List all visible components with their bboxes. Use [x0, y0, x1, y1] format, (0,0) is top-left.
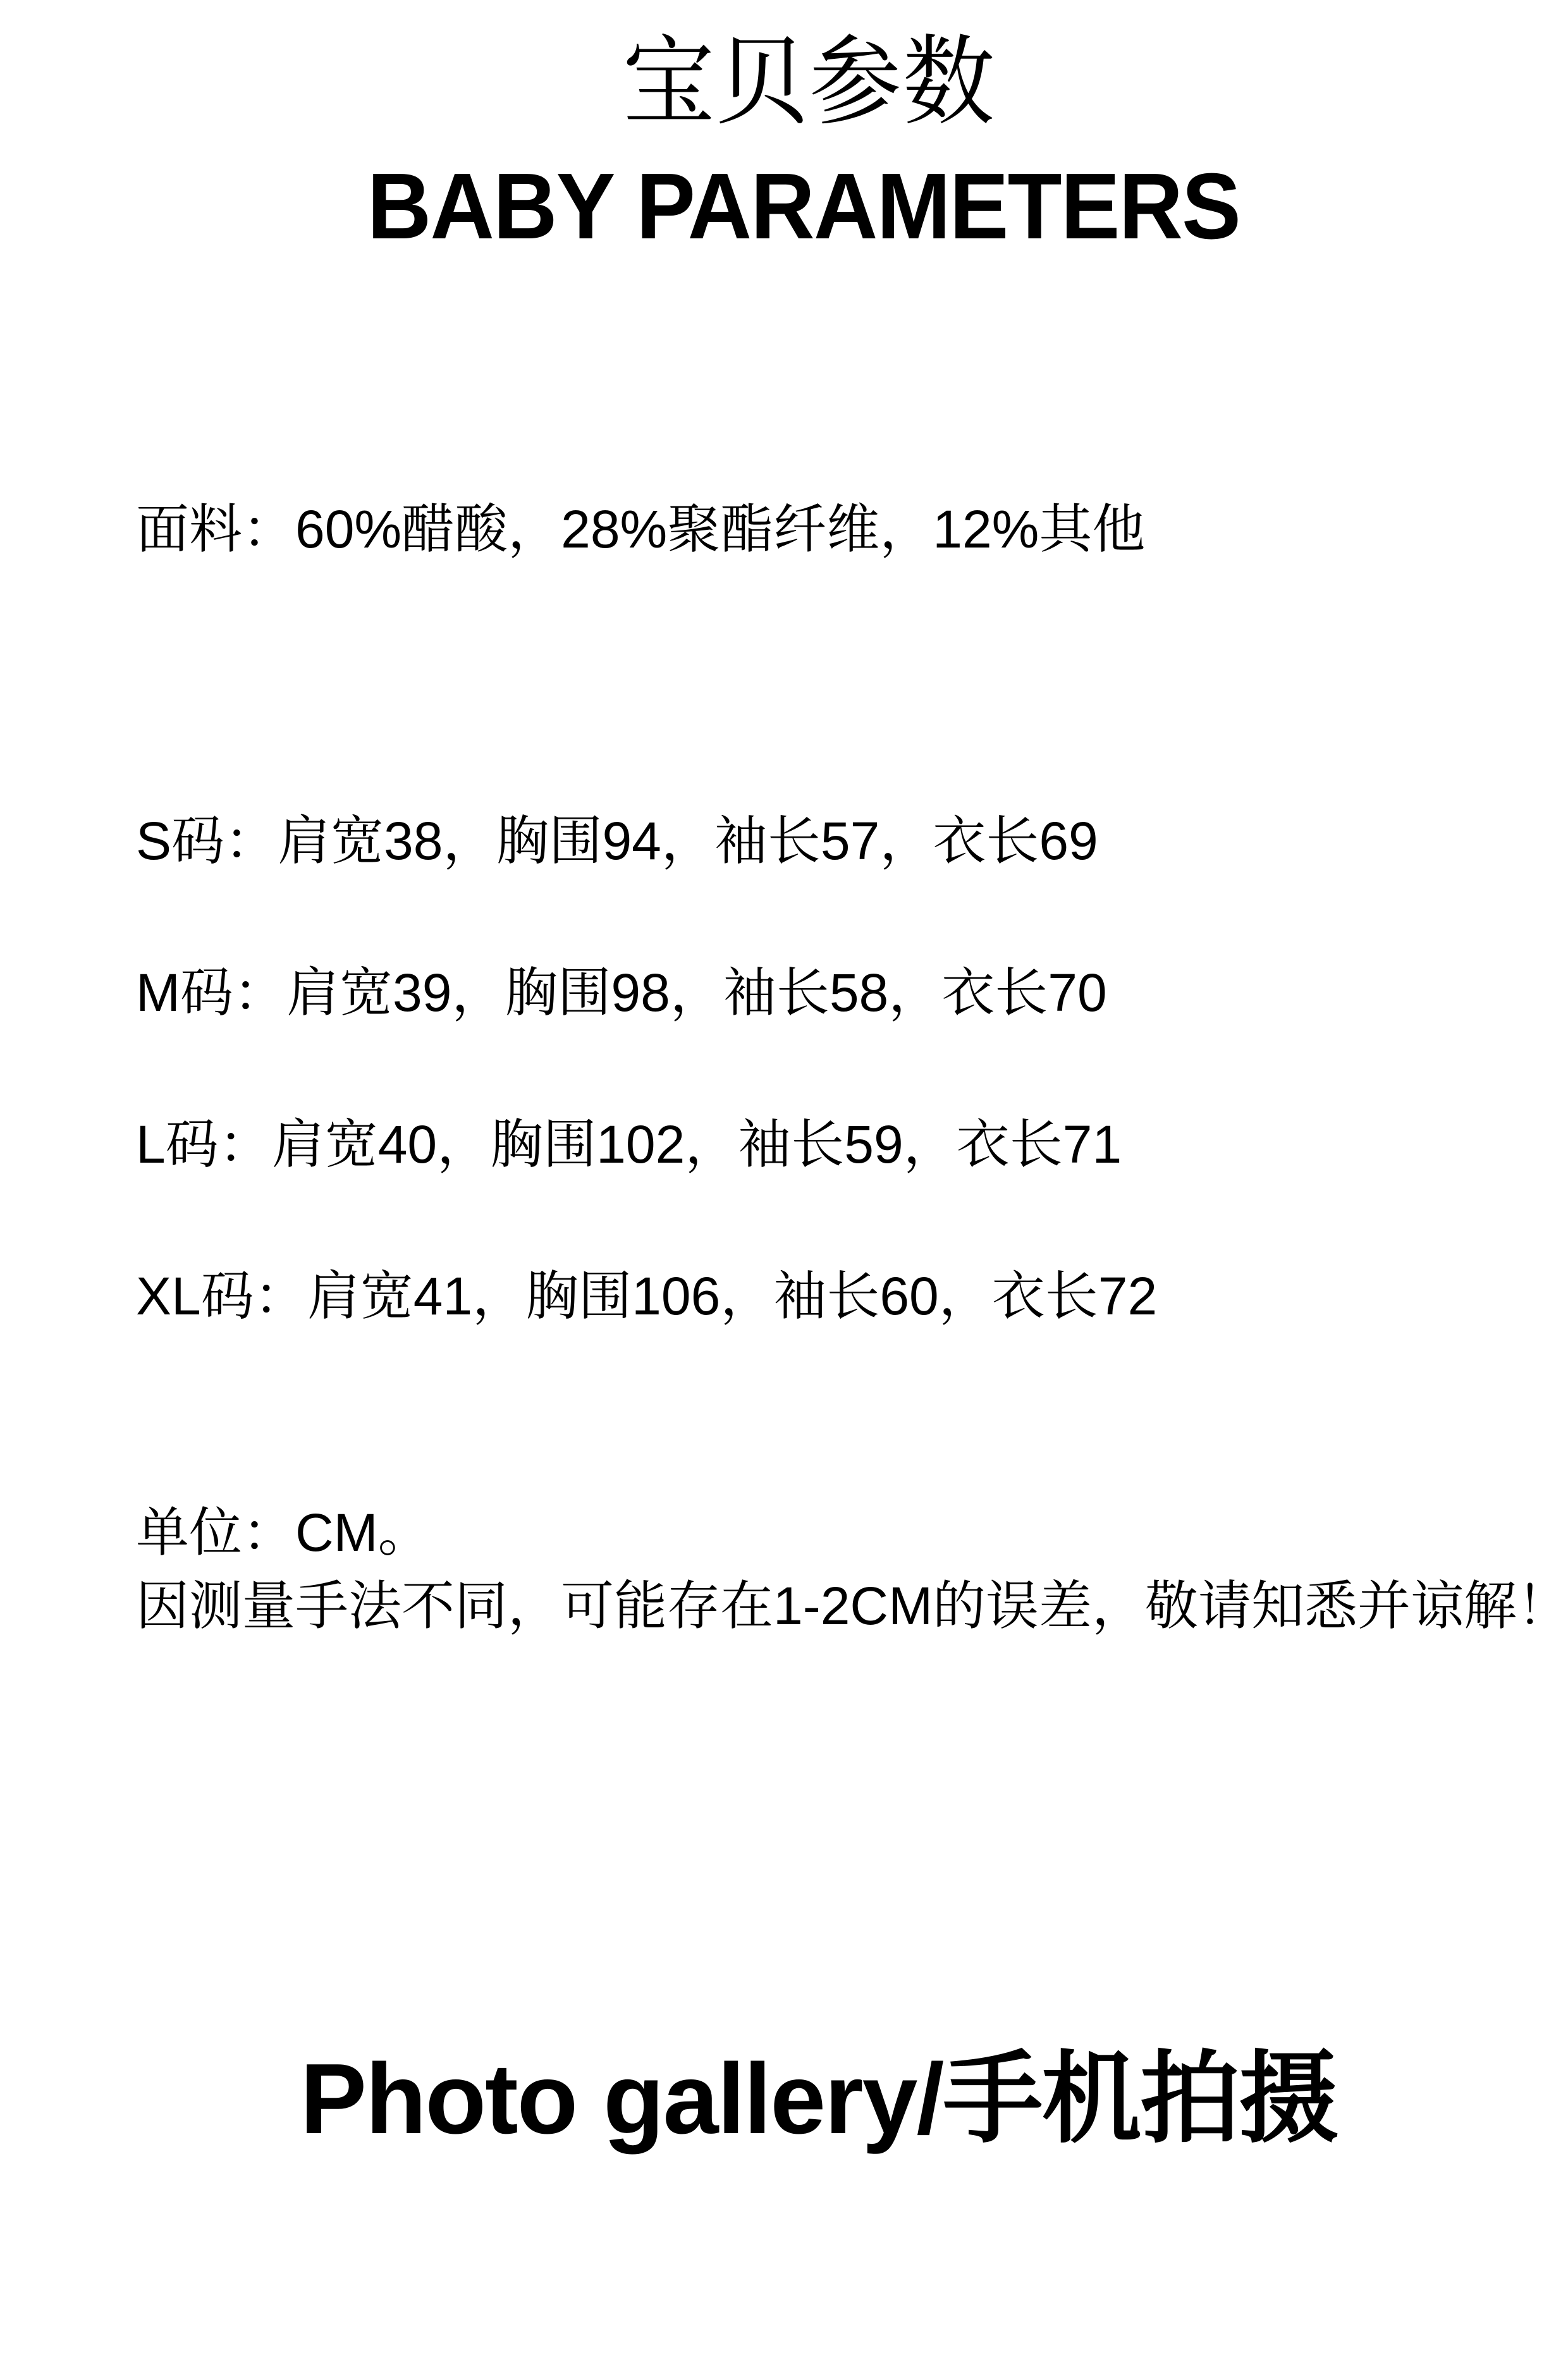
fabric-composition-line: 面料：60%醋酸，28%聚酯纤维，12%其他 — [136, 503, 1145, 556]
tolerance-note-line: 因测量手法不同，可能存在1-2CM的误差，敬请知悉并谅解！ — [136, 1579, 1568, 1632]
size-spec-line-xl: XL码：肩宽41，胸围106，袖长60，衣长72 — [136, 1270, 1157, 1323]
size-spec-line-m: M码：肩宽39，胸围98，袖长58，衣长70 — [136, 966, 1107, 1019]
product-parameter-sheet: 宝贝参数 BABY PARAMETERS 面料：60%醋酸，28%聚酯纤维，12… — [0, 0, 1568, 2362]
size-spec-line-s: S码：肩宽38，胸围94，袖长57，衣长69 — [136, 814, 1098, 867]
size-spec-line-l: L码：肩宽40，胸围102，袖长59，衣长71 — [136, 1118, 1122, 1171]
page-title-english: BABY PARAMETERS — [39, 160, 1529, 254]
unit-note-line: 单位：CM。 — [136, 1506, 431, 1559]
page-title-chinese: 宝贝参数 — [47, 33, 1521, 131]
photo-gallery-heading: Photo gallery/手机拍摄 — [0, 2049, 1568, 2149]
